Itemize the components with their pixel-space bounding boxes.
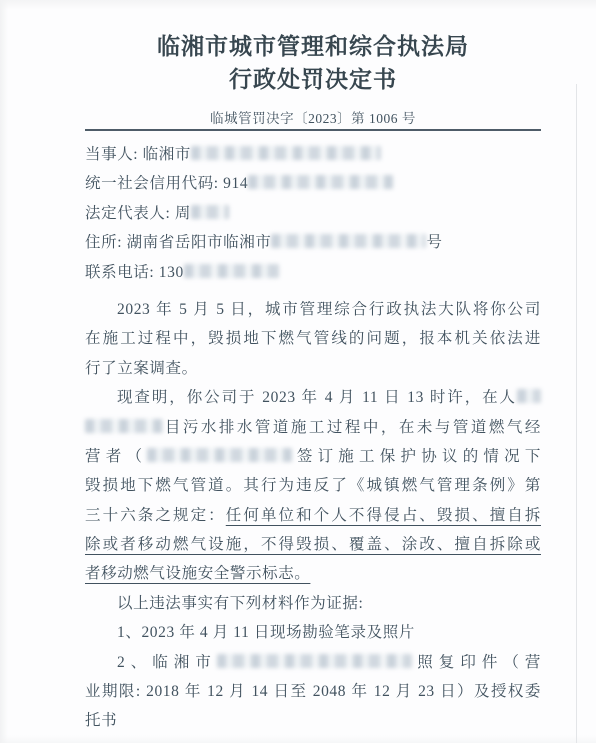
redacted-text (191, 146, 381, 160)
text-segment: 以上违法事实有下列材料作为证据: (117, 595, 363, 612)
redacted-text (271, 234, 426, 248)
text-segment: 三十六条之规定： (85, 507, 226, 524)
text-line: 现查明，你公司于 2023 年 4 月 11 日 13 时许，在人 (85, 383, 541, 412)
text-segment: 签订施工保护协议的情况下 (292, 448, 541, 465)
redacted-text (517, 389, 541, 403)
text-line: 在施工过程中，毁损地下燃气管线的问题，报本机关依法进 (85, 324, 541, 353)
text-segment: 业期限: 2018 年 12 月 14 日至 2048 年 12 月 23 日）… (85, 683, 541, 700)
document-body: 当事人: 临湘市统一社会信用代码: 914法定代表人: 周住所: 湖南省岳阳市临… (85, 140, 541, 736)
text-segment: 托书 (85, 712, 117, 729)
scanned-document-page: 临湘市城市管理和综合执法局 行政处罚决定书 临城管罚决字〔2023〕第 1006… (0, 0, 596, 743)
text-line: 统一社会信用代码: 914 (85, 169, 541, 198)
text-line: 联系电话: 130 (85, 258, 541, 287)
redacted-text (248, 175, 393, 189)
document-title-org: 临湘市城市管理和综合执法局 (85, 30, 541, 63)
text-segment: 号 (426, 234, 442, 251)
text-line: 以上违法事实有下列材料作为证据: (85, 589, 541, 618)
text-line: 2023 年 5 月 5 日，城市管理综合行政执法大队将你公司 (85, 295, 541, 324)
document-number: 临城管罚决字〔2023〕第 1006 号 (85, 107, 541, 127)
text-line: 住所: 湖南省岳阳市临湘市号 (85, 228, 541, 257)
text-segment: 当事人: 临湘市 (85, 146, 191, 163)
document: 临湘市城市管理和综合执法局 行政处罚决定书 临城管罚决字〔2023〕第 1006… (85, 30, 541, 736)
text-line: 当事人: 临湘市 (85, 140, 541, 169)
scan-edge-left (0, 0, 8, 743)
redacted-text (217, 654, 412, 668)
scan-fold-line (576, 84, 577, 743)
redacted-text (184, 264, 279, 278)
header-divider (85, 129, 541, 131)
redacted-text (191, 205, 229, 219)
text-line: 者移动燃气设施安全警示标志。 (85, 559, 541, 588)
text-segment: 毁损地下燃气管道。其行为违反了《城镇燃气管理条例》第 (85, 477, 541, 494)
text-line: 目污水排水管道施工过程中，在未与管道燃气经 (85, 413, 541, 442)
text-segment: 行了立案调查。 (85, 360, 198, 377)
document-title-type: 行政处罚决定书 (85, 63, 541, 96)
text-segment: 联系电话: 130 (85, 264, 184, 281)
text-segment: 法定代表人: 周 (85, 205, 191, 222)
text-line: 1、2023 年 4 月 11 日现场勘验笔录及照片 (85, 618, 541, 647)
text-segment: 现查明，你公司于 2023 年 4 月 11 日 13 时许，在人 (117, 389, 517, 406)
text-line: 毁损地下燃气管道。其行为违反了《城镇燃气管理条例》第 (85, 471, 541, 500)
text-line: 业期限: 2018 年 12 月 14 日至 2048 年 12 月 23 日）… (85, 677, 541, 706)
text-line: 除或者移动燃气设施，不得毁损、覆盖、涂改、擅自拆除或 (85, 530, 541, 559)
text-line: 托书 (85, 706, 541, 735)
text-segment: 目污水排水管道施工过程中，在未与管道燃气经 (163, 419, 541, 436)
underlined-text: 任何单位和个人不得侵占、毁损、擅自拆 (226, 507, 541, 524)
text-segment: 统一社会信用代码: 914 (85, 175, 248, 192)
text-segment: 2、临湘市 (117, 654, 217, 671)
text-line: 行了立案调查。 (85, 354, 541, 383)
text-line: 法定代表人: 周 (85, 199, 541, 228)
text-segment: 照复印件（营 (412, 654, 541, 671)
text-segment: 2023 年 5 月 5 日，城市管理综合行政执法大队将你公司 (117, 301, 541, 318)
text-segment: 住所: 湖南省岳阳市临湘市 (85, 234, 271, 251)
text-segment: 营者（ (85, 448, 147, 465)
text-segment: 1、2023 年 4 月 11 日现场勘验笔录及照片 (117, 624, 415, 641)
text-line: 2、临湘市照复印件（营 (85, 648, 541, 677)
redacted-text (85, 419, 163, 433)
underlined-text: 除或者移动燃气设施，不得毁损、覆盖、涂改、擅自拆除或 (85, 536, 541, 553)
text-segment: 在施工过程中，毁损地下燃气管线的问题，报本机关依法进 (85, 330, 541, 347)
text-line: 三十六条之规定：任何单位和个人不得侵占、毁损、擅自拆 (85, 501, 541, 530)
redacted-text (147, 448, 292, 462)
underlined-text: 者移动燃气设施安全警示标志。 (85, 565, 310, 582)
text-line: 营者（签订施工保护协议的情况下 (85, 442, 541, 471)
